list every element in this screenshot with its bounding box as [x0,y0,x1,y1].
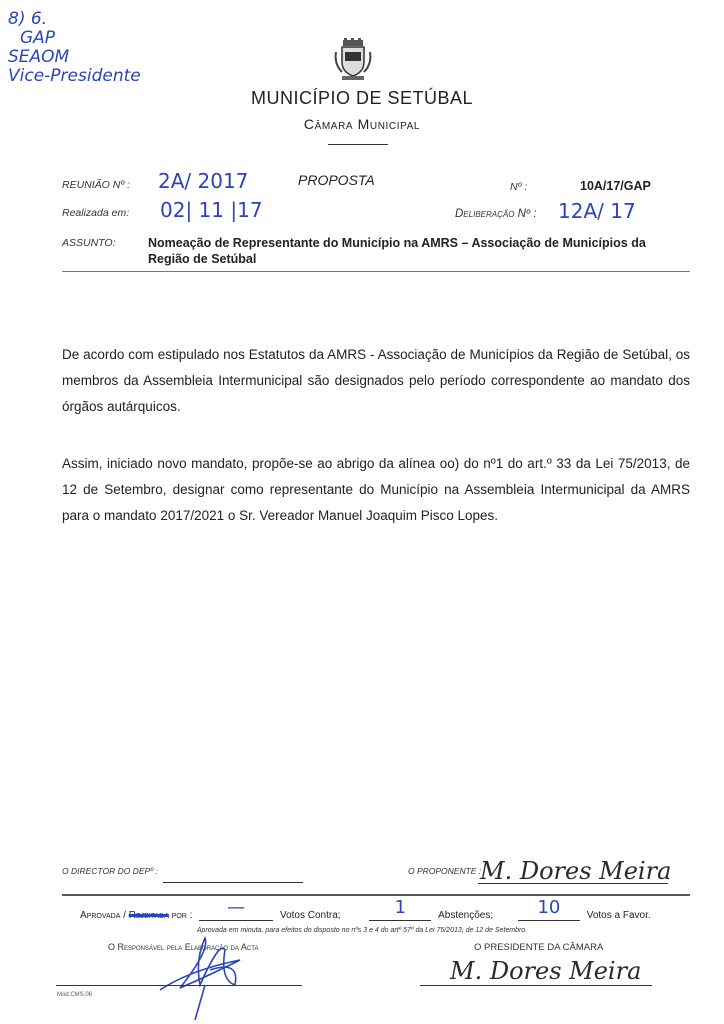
proponente-signature-line [478,883,668,884]
proponente-signature: M. Dores Meira [480,857,671,885]
votos-favor-value: 10 [537,897,560,918]
presidente-signature-line [420,985,652,986]
votos-favor-field: 10 [518,904,580,921]
note-line: Vice-Presidente [8,67,141,86]
council-subtitle: Câmara Municipal [0,116,724,132]
por-label: por : [169,910,193,921]
votos-contra-value: — [227,897,245,918]
realizada-label: Realizada em: [62,207,129,219]
municipality-title: MUNICÍPIO DE SETÚBAL [0,88,724,109]
proponente-label: O PROPONENTE : [408,866,481,876]
numero-label: Nº : [510,181,527,193]
aprovada-label: Aprovada / [80,910,129,921]
footer-divider [62,894,690,896]
deliberacao-label: Deliberação Nº : [455,208,537,220]
handwritten-routing-note: 8) 6. GAP SEAOM Vice-Presidente [8,10,141,86]
abstencoes-field: 1 [369,904,431,921]
votos-favor-label: Votos a Favor. [587,910,651,921]
abstencoes-label: Abstenções; [438,910,493,921]
presidente-label: O PRESIDENTE DA CÂMARA [474,942,603,953]
deliberacao-value: 12A/ 17 [558,199,636,223]
document-type: PROPOSTA [298,172,375,188]
realizada-value: 02| 11 |17 [160,198,263,222]
director-label: O DIRECTOR DO DEPº : [62,866,158,876]
assunto-divider [62,271,690,272]
assunto-label: ASSUNTO: [62,237,115,249]
coat-of-arms-icon [334,38,372,82]
votos-contra-field: — [199,904,273,921]
votos-contra-label: Votos Contra; [280,910,341,921]
director-signature-line [163,882,303,883]
responsavel-signature-line [56,985,302,986]
minuta-approval-note: Aprovada em minuta, para efeitos do disp… [0,927,724,934]
reuniao-value: 2A/ 2017 [158,169,248,193]
form-code: Mod.CMS.06 [57,992,92,998]
vote-result-row: Aprovada / Rejeitada por : — Votos Contr… [80,904,651,921]
note-line: GAP [8,29,141,48]
abstencoes-value: 1 [395,897,406,918]
presidente-signature: M. Dores Meira [450,957,641,985]
note-line: 8) 6. [8,10,141,29]
header-divider [328,144,388,145]
note-line: SEAOM [8,48,141,67]
body-paragraph: Assim, iniciado novo mandato, propõe-se … [62,451,690,529]
responsavel-signature-scribble [150,930,270,1020]
reuniao-label: REUNIÃO Nº : [62,179,130,191]
body-paragraph: De acordo com estipulado nos Estatutos d… [62,342,690,420]
assunto-value: Nomeação de Representante do Município n… [148,235,684,267]
numero-value: 10A/17/GAP [580,179,651,193]
rejeitada-label: Rejeitada [129,910,169,921]
